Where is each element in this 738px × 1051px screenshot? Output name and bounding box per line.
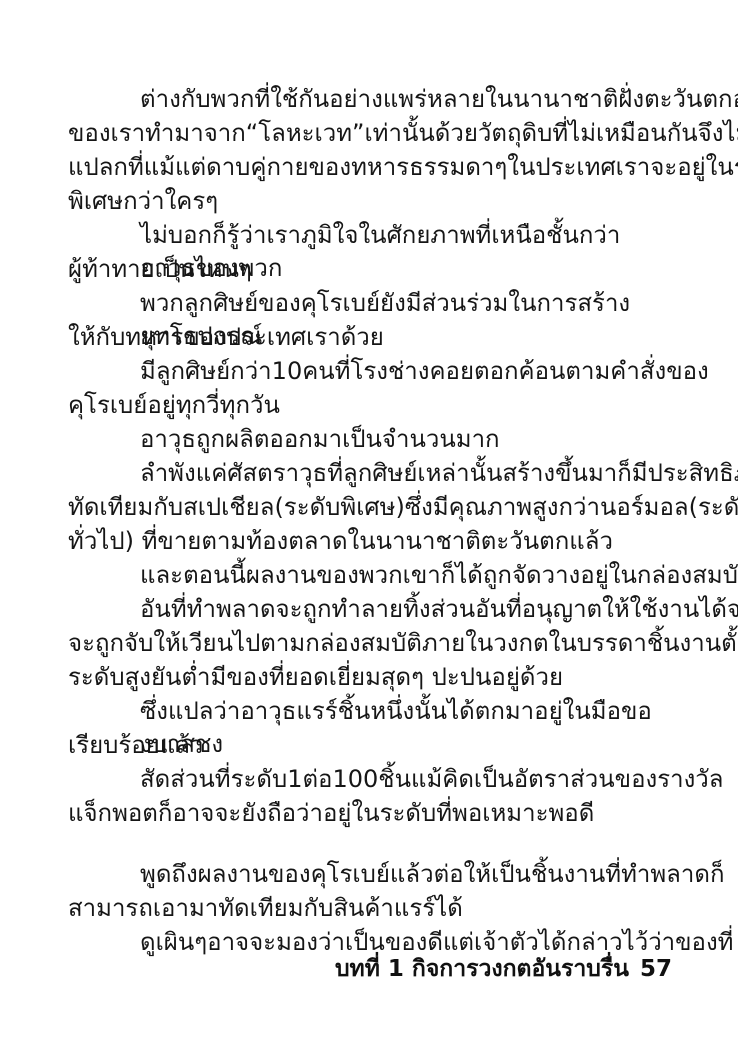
text-segment: ต่อ — [302, 763, 332, 797]
text-segment: 1 — [287, 763, 302, 797]
paragraph: พวกลูกศิษย์ของคุโรเบย์ยังมีส่วนร่วมในการ… — [68, 287, 672, 355]
text-segment: คนที่โรงช่าง — [302, 355, 429, 389]
text-segment: 10 — [272, 355, 303, 389]
paragraph: มีลูกศิษย์กว่า10คนที่โรงช่างคอยตอกค้อนตา… — [68, 355, 672, 423]
text-line: ต่างกับพวกที่ใช้กันอย่างแพร่หลายในนานาชา… — [68, 83, 672, 117]
text-segment: 100 — [332, 763, 378, 797]
chapter-title: บทที่ 1 กิจการวงกตอันราบรื่น — [335, 956, 629, 982]
text-line: ลำพังแค่ศัสตราวุธที่ลูกศิษย์เหล่านั้นสร้… — [68, 457, 672, 491]
text-segment: ต่อให้เป็นชิ้นงานที่ทำพลาดก็ — [434, 858, 725, 892]
text-segment: อาวุธ — [733, 83, 738, 117]
text-segment: พูดถึงผลงานของคุโรเบย์แล้ว — [140, 858, 434, 892]
text-line: คุโรเบย์อยู่ทุกวี่ทุกวัน — [68, 389, 672, 423]
paragraph: อาวุธถูกผลิตออกมาเป็นจำนวนมาก — [68, 423, 672, 457]
text-segment: สัดส่วนที่ระดับ — [140, 763, 287, 797]
text-segment: ก็มีประสิทธิภาพ — [617, 457, 738, 491]
text-segment: จะถูกจับให้เวียนไปตามกล่องสมบัติภายในวงก… — [68, 627, 549, 661]
text-segment: ส่วนอันที่อนุญาตให้ใช้งานได้จริง — [431, 593, 738, 627]
text-segment: อันที่ทำพลาดจะถูกทำลายทิ้ง — [140, 593, 431, 627]
text-segment: (ระดับพิเศษ) — [274, 491, 404, 525]
text-line: จะถูกจับให้เวียนไปตามกล่องสมบัติภายในวงก… — [68, 627, 672, 661]
text-line: ไม่บอกก็รู้ว่าเราภูมิใจในศักยภาพที่เหนือ… — [68, 219, 672, 253]
body-text: ต่างกับพวกที่ใช้กันอย่างแพร่หลายในนานาชา… — [68, 83, 672, 960]
text-line: อาวุธถูกผลิตออกมาเป็นจำนวนมาก — [68, 423, 672, 457]
paragraph: ซึ่งแปลว่าอาวุธแรร์ชิ้นหนึ่งนั้นได้ตกมาอ… — [68, 695, 672, 763]
text-segment: จึงไม่ — [698, 117, 738, 151]
text-line: ทั่วไป) ที่ขายตามท้องตลาดในนานาชาติตะวัน… — [68, 525, 672, 559]
paragraph: และตอนนี้ผลงานของพวกเขาก็ได้ถูกจัดวางอยู… — [68, 559, 672, 593]
text-segment: ของเราทำมาจาก — [68, 117, 246, 151]
text-line: พูดถึงผลงานของคุโรเบย์แล้วต่อให้เป็นชิ้น… — [68, 858, 672, 892]
text-segment: ต่างกับพวกที่ใช้กันอย่างแพร่หลายในนานาชา… — [140, 83, 733, 117]
text-segment: เท่านั้น — [364, 117, 434, 151]
text-segment: ในประเทศเราจะอยู่ในระดับ — [507, 151, 738, 185]
text-line: ซึ่งแปลว่าอาวุธแรร์ชิ้นหนึ่งนั้นได้ตกมาอ… — [68, 695, 672, 729]
paragraph: ไม่บอกก็รู้ว่าเราภูมิใจในศักยภาพที่เหนือ… — [68, 219, 672, 287]
text-line: มีลูกศิษย์กว่า10คนที่โรงช่างคอยตอกค้อนตา… — [68, 355, 672, 389]
text-line: และตอนนี้ผลงานของพวกเขาก็ได้ถูกจัดวางอยู… — [68, 559, 672, 593]
page-footer: บทที่ 1 กิจการวงกตอันราบรื่น57 — [335, 951, 672, 987]
text-segment: “โลหะเวท” — [246, 117, 365, 151]
text-segment: คอยตอกค้อนตามคำสั่งของ — [429, 355, 708, 389]
text-line: สามารถเอามาทัดเทียมกับสินค้าแรร์ได้ — [68, 892, 672, 926]
text-segment: ดูเผินๆ — [140, 926, 207, 960]
paragraph: ลำพังแค่ศัสตราวุธที่ลูกศิษย์เหล่านั้นสร้… — [68, 457, 672, 559]
text-line: ให้กับทหารของประเทศเราด้วย — [68, 321, 672, 355]
paragraph: ต่างกับพวกที่ใช้กันอย่างแพร่หลายในนานาชา… — [68, 83, 672, 219]
text-line: ของเราทำมาจาก“โลหะเวท”เท่านั้นด้วยวัตถุด… — [68, 117, 672, 151]
text-segment: ชิ้น — [378, 763, 411, 797]
text-line: พวกลูกศิษย์ของคุโรเบย์ยังมีส่วนร่วมในการ… — [68, 287, 672, 321]
paragraph: อันที่ทำพลาดจะถูกทำลายทิ้งส่วนอันที่อนุญ… — [68, 593, 672, 695]
page-number: 57 — [640, 956, 672, 982]
text-line: ทัดเทียมกับสเปเชียล(ระดับพิเศษ)ซึ่งมีคุณ… — [68, 491, 672, 525]
text-segment: (ระดับ — [689, 491, 738, 525]
text-line: อันที่ทำพลาดจะถูกทำลายทิ้งส่วนอันที่อนุญ… — [68, 593, 672, 627]
text-line: พิเศษกว่าใครๆ — [68, 185, 672, 219]
text-line: ผู้ท้าทายเป็นไหนๆ — [68, 253, 672, 287]
text-line: แปลกที่แม้แต่ดาบคู่กายของทหารธรรมดาๆในปร… — [68, 151, 672, 185]
text-segment: ด้วยวัตถุดิบที่ไม่เหมือนกัน — [435, 117, 698, 151]
paragraph: พูดถึงผลงานของคุโรเบย์แล้วต่อให้เป็นชิ้น… — [68, 858, 672, 926]
text-line: แจ็กพอตก็อาจจะยังถือว่าอยู่ในระดับที่พอเ… — [68, 797, 672, 831]
text-segment: ทัดเทียมกับสเปเชียล — [68, 491, 274, 525]
text-line: สัดส่วนที่ระดับ1ต่อ100ชิ้นแม้คิดเป็นอัตร… — [68, 763, 672, 797]
book-page: ต่างกับพวกที่ใช้กันอย่างแพร่หลายในนานาชา… — [0, 0, 738, 1051]
text-segment: ซึ่งมีคุณภาพสูงกว่านอร์มอล — [405, 491, 689, 525]
text-segment: ในบรรดาชิ้นงานตั้งแต่ — [549, 627, 738, 661]
text-segment: มีลูกศิษย์กว่า — [140, 355, 272, 389]
text-segment: แม้คิดเป็นอัตราส่วนของรางวัล — [411, 763, 723, 797]
paragraph: สัดส่วนที่ระดับ1ต่อ100ชิ้นแม้คิดเป็นอัตร… — [68, 763, 672, 831]
text-line: เรียบร้อยแล้ว — [68, 729, 672, 763]
text-line: ระดับสูงยันต่ำมีของที่ยอดเยี่ยมสุดๆ ปะปน… — [68, 661, 672, 695]
text-segment: แปลกที่แม้แต่ดาบคู่กายของทหารธรรมดาๆ — [68, 151, 507, 185]
text-segment: ลำพังแค่ศัสตราวุธที่ลูกศิษย์เหล่านั้นสร้… — [140, 457, 617, 491]
